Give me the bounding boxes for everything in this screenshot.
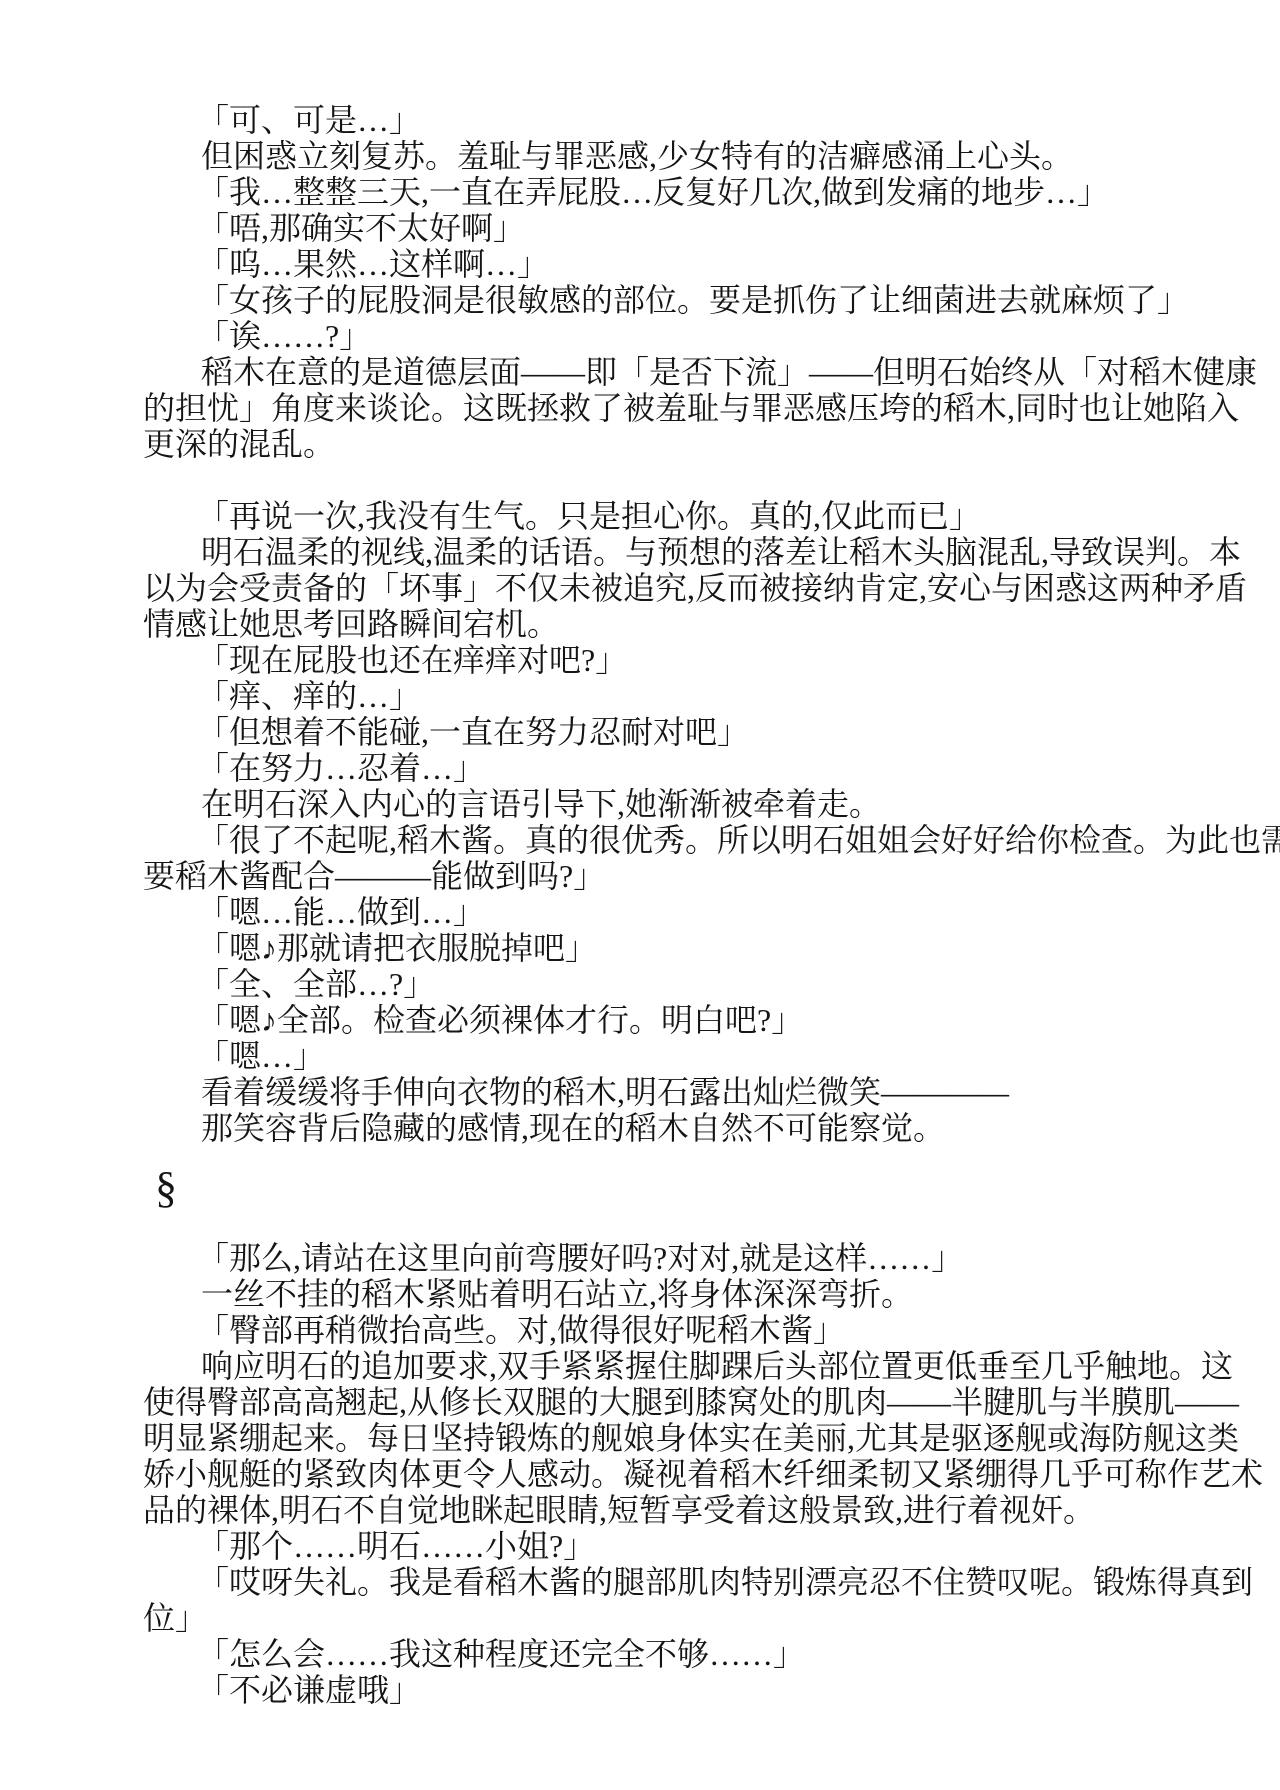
dialogue-line: 「嗯…」 — [143, 1038, 1230, 1074]
dialogue-line: 「但想着不能碰,一直在努力忍耐对吧」 — [143, 714, 1230, 750]
dialogue-line: 「嗯♪那就请把衣服脱掉吧」 — [143, 930, 1230, 966]
narration-line: 那笑容背后隐藏的感情,现在的稻木自然不可能察觉。 — [143, 1110, 1230, 1146]
wrapped-line: 更深的混乱。 — [143, 426, 1230, 462]
dialogue-line: 「臀部再稍微抬高些。对,做得很好呢稻木酱」 — [143, 1312, 1230, 1348]
wrapped-line: 位」 — [143, 1600, 1230, 1636]
dialogue-line: 「怎么会……我这种程度还完全不够……」 — [143, 1636, 1230, 1672]
dialogue-line: 「现在屁股也还在痒痒对吧?」 — [143, 642, 1230, 678]
dialogue-line: 「嗯♪全部。检查必须裸体才行。明白吧?」 — [143, 1002, 1230, 1038]
dialogue-line: 「唔,那确实不太好啊」 — [143, 210, 1230, 246]
wrapped-line: 要稻木酱配合———能做到吗?」 — [143, 858, 1230, 894]
document-page: 「可、可是…」 但困惑立刻复苏。羞耻与罪恶感,少女特有的洁癖感涌上心头。 「我…… — [0, 0, 1280, 1790]
section-break-mark: § — [155, 1160, 1230, 1216]
narration-line: 但困惑立刻复苏。羞耻与罪恶感,少女特有的洁癖感涌上心头。 — [143, 138, 1230, 174]
dialogue-line: 「再说一次,我没有生气。只是担心你。真的,仅此而已」 — [143, 498, 1230, 534]
paragraph-break — [143, 462, 1230, 498]
dialogue-line: 「那么,请站在这里向前弯腰好吗?对对,就是这样……」 — [143, 1240, 1230, 1276]
dialogue-line: 「那个……明石……小姐?」 — [143, 1528, 1230, 1564]
dialogue-line: 「哎呀失礼。我是看稻木酱的腿部肌肉特别漂亮忍不住赞叹呢。锻炼得真到 — [143, 1564, 1230, 1600]
dialogue-line: 「痒、痒的…」 — [143, 678, 1230, 714]
dialogue-line: 「女孩子的屁股洞是很敏感的部位。要是抓伤了让细菌进去就麻烦了」 — [143, 282, 1230, 318]
narration-line: 明石温柔的视线,温柔的话语。与预想的落差让稻木头脑混乱,导致误判。本 — [143, 534, 1230, 570]
wrapped-line: 情感让她思考回路瞬间宕机。 — [143, 606, 1230, 642]
narration-line: 响应明石的追加要求,双手紧紧握住脚踝后头部位置更低垂至几乎触地。这 — [143, 1348, 1230, 1384]
wrapped-line: 使得臀部高高翘起,从修长双腿的大腿到膝窝处的肌肉——半腱肌与半膜肌—— — [143, 1384, 1230, 1420]
dialogue-line: 「诶……?」 — [143, 318, 1230, 354]
dialogue-line: 「嗯…能…做到…」 — [143, 894, 1230, 930]
wrapped-line: 品的裸体,明石不自觉地眯起眼睛,短暂享受着这般景致,进行着视奸。 — [143, 1492, 1230, 1528]
wrapped-line: 以为会受责备的「坏事」不仅未被追究,反而被接纳肯定,安心与困惑这两种矛盾 — [143, 570, 1230, 606]
dialogue-line: 「在努力…忍着…」 — [143, 750, 1230, 786]
dialogue-line: 「很了不起呢,稻木酱。真的很优秀。所以明石姐姐会好好给你检查。为此也需 — [143, 822, 1230, 858]
dialogue-line: 「全、全部…?」 — [143, 966, 1230, 1002]
dialogue-line: 「不必谦虚哦」 — [143, 1672, 1230, 1708]
narration-line: 一丝不挂的稻木紧贴着明石站立,将身体深深弯折。 — [143, 1276, 1230, 1312]
wrapped-line: 明显紧绷起来。每日坚持锻炼的舰娘身体实在美丽,尤其是驱逐舰或海防舰这类 — [143, 1420, 1230, 1456]
dialogue-line: 「呜…果然…这样啊…」 — [143, 246, 1230, 282]
narration-line: 稻木在意的是道德层面——即「是否下流」——但明石始终从「对稻木健康 — [143, 354, 1230, 390]
narration-line: 在明石深入内心的言语引导下,她渐渐被牵着走。 — [143, 786, 1230, 822]
dialogue-line: 「我…整整三天,一直在弄屁股…反复好几次,做到发痛的地步…」 — [143, 174, 1230, 210]
narration-line: 看着缓缓将手伸向衣物的稻木,明石露出灿烂微笑———— — [143, 1074, 1230, 1110]
wrapped-line: 的担忧」角度来谈论。这既拯救了被羞耻与罪恶感压垮的稻木,同时也让她陷入 — [143, 390, 1230, 426]
dialogue-line: 「可、可是…」 — [143, 102, 1230, 138]
wrapped-line: 娇小舰艇的紧致肉体更令人感动。凝视着稻木纤细柔韧又紧绷得几乎可称作艺术 — [143, 1456, 1230, 1492]
